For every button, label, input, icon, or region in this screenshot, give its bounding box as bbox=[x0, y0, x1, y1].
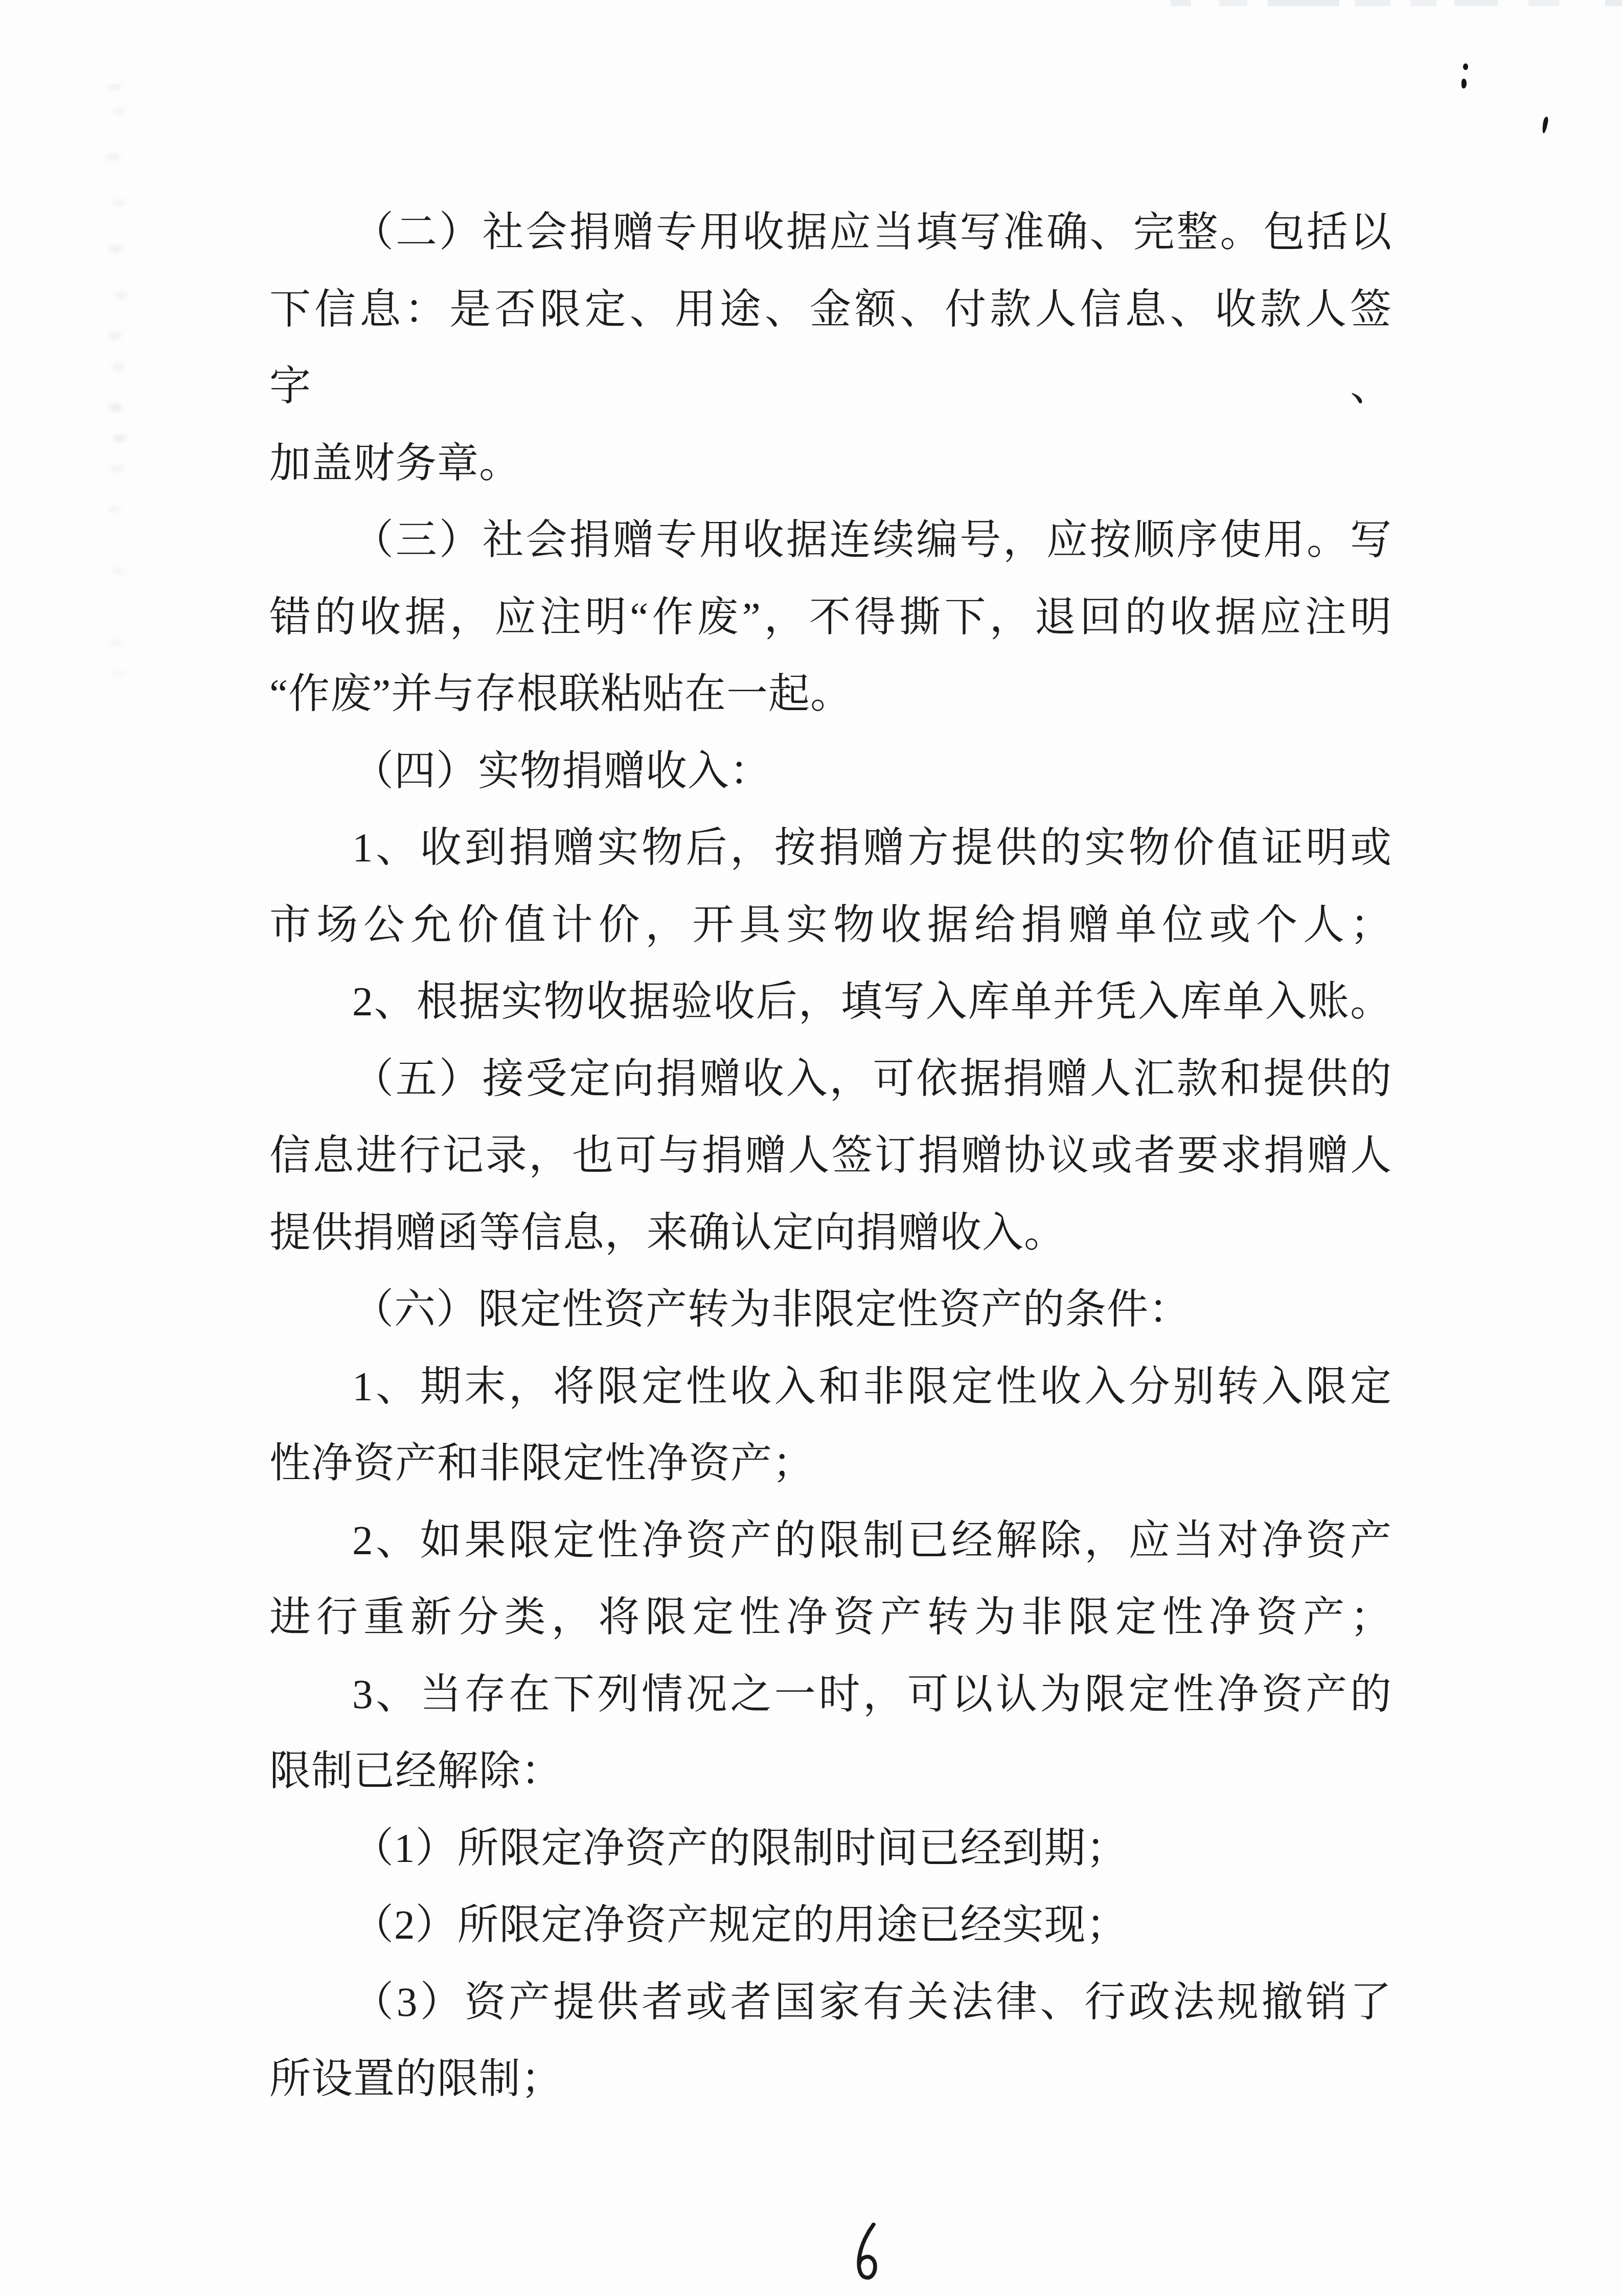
ink-dot bbox=[1463, 63, 1468, 70]
scan-artifact-top-smudge bbox=[1171, 0, 1622, 6]
text-line: 进行重新分类，将限定性净资产转为非限定性净资产； bbox=[269, 1579, 1392, 1656]
text-line: 1、收到捐赠实物后，按捐赠方提供的实物价值证明或 bbox=[269, 809, 1392, 886]
text-line: 下信息：是否限定、用途、金额、付款人信息、收款人签字、 bbox=[269, 271, 1392, 425]
text-line: 提供捐赠函等信息，来确认定向捐赠收入。 bbox=[269, 1194, 1392, 1271]
text-line: （四）实物捐赠收入： bbox=[269, 733, 1392, 810]
text-line: 错的收据，应注明“作废”，不得撕下，退回的收据应注明 bbox=[269, 579, 1392, 656]
text-line: （3）资产提供者或者国家有关法律、行政法规撤销了 bbox=[269, 1964, 1392, 2041]
page-number bbox=[849, 2222, 883, 2283]
scanned-document-page: （二）社会捐赠专用收据应当填写准确、完整。包括以下信息：是否限定、用途、金额、付… bbox=[0, 0, 1622, 2296]
ink-dot bbox=[1461, 79, 1467, 88]
text-line: 性净资产和非限定性净资产； bbox=[269, 1425, 1392, 1502]
text-line: （五）接受定向捐赠收入，可依据捐赠人汇款和提供的 bbox=[269, 1040, 1392, 1118]
scan-artifact-colon-mark bbox=[1461, 60, 1468, 91]
text-line: 信息进行记录，也可与捐赠人签订捐赠协议或者要求捐赠人 bbox=[269, 1117, 1392, 1194]
text-line: 所设置的限制； bbox=[269, 2040, 1392, 2118]
text-line: 市场公允价值计价，开具实物收据给捐赠单位或个人； bbox=[269, 886, 1392, 964]
text-block: （二）社会捐赠专用收据应当填写准确、完整。包括以下信息：是否限定、用途、金额、付… bbox=[269, 194, 1392, 2118]
text-line: 限制已经解除： bbox=[269, 1733, 1392, 1810]
text-line: 1、期末，将限定性收入和非限定性收入分别转入限定 bbox=[269, 1348, 1392, 1425]
scan-artifact-ghost-specks bbox=[105, 77, 118, 84]
text-line: “作废”并与存根联粘贴在一起。 bbox=[269, 655, 1392, 733]
text-line: 2、根据实物收据验收后，填写入库单并凭入库单入账。 bbox=[269, 963, 1392, 1040]
text-line: （六）限定性资产转为非限定性资产的条件： bbox=[269, 1271, 1392, 1348]
text-line: （1）所限定净资产的限制时间已经到期； bbox=[269, 1810, 1392, 1887]
handwritten-six-glyph bbox=[849, 2222, 883, 2283]
text-line: （二）社会捐赠专用收据应当填写准确、完整。包括以 bbox=[269, 194, 1392, 271]
text-line: 加盖财务章。 bbox=[269, 425, 1392, 502]
text-line: （三）社会捐赠专用收据连续编号，应按顺序使用。写 bbox=[269, 502, 1392, 579]
text-line: 3、当存在下列情况之一时，可以认为限定性净资产的 bbox=[269, 1656, 1392, 1733]
text-line: 2、如果限定性净资产的限制已经解除，应当对净资产 bbox=[269, 1502, 1392, 1579]
scan-artifact-tick-mark bbox=[1541, 116, 1549, 133]
text-line: （2）所限定净资产规定的用途已经实现； bbox=[269, 1886, 1392, 1964]
